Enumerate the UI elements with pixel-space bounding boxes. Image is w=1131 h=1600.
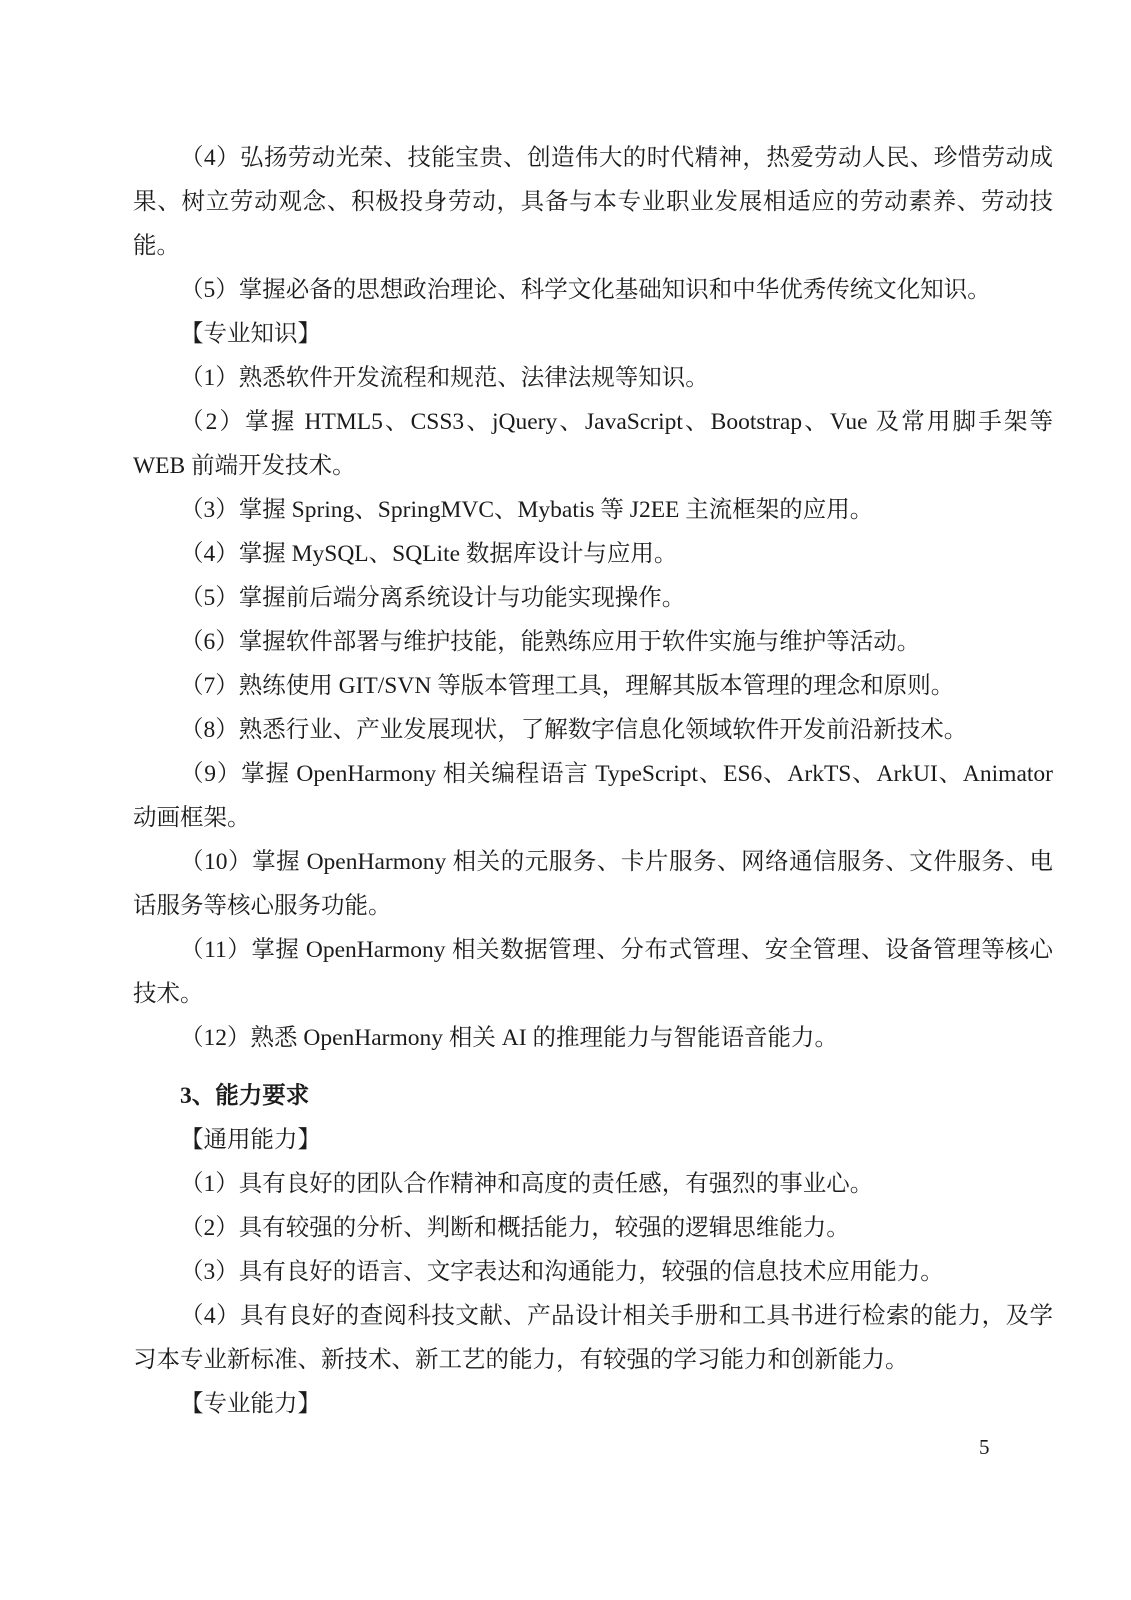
paragraph: （6）掌握软件部署与维护技能，能熟练应用于软件实施与维护等活动。 — [133, 620, 1053, 664]
paragraph: （8）熟悉行业、产业发展现状，了解数字信息化领域软件开发前沿新技术。 — [133, 708, 1053, 752]
paragraph: （2）具有较强的分析、判断和概括能力，较强的逻辑思维能力。 — [133, 1206, 1053, 1250]
paragraph: （1）具有良好的团队合作精神和高度的责任感，有强烈的事业心。 — [133, 1162, 1053, 1206]
paragraph: （1）熟悉软件开发流程和规范、法律法规等知识。 — [133, 356, 1053, 400]
paragraph: 【专业知识】 — [133, 312, 1053, 356]
paragraph: （12）熟悉 OpenHarmony 相关 AI 的推理能力与智能语音能力。 — [133, 1016, 1053, 1060]
paragraph: （9）掌握 OpenHarmony 相关编程语言 TypeScript、ES6、… — [133, 752, 1053, 840]
document-body: （4）弘扬劳动光荣、技能宝贵、创造伟大的时代精神，热爱劳动人民、珍惜劳动成果、树… — [133, 136, 1053, 1426]
paragraph: （10）掌握 OpenHarmony 相关的元服务、卡片服务、网络通信服务、文件… — [133, 840, 1053, 928]
page-number: 5 — [979, 1432, 990, 1462]
paragraph: （11）掌握 OpenHarmony 相关数据管理、分布式管理、安全管理、设备管… — [133, 928, 1053, 1016]
paragraph: （2）掌握 HTML5、CSS3、jQuery、JavaScript、Boots… — [133, 400, 1053, 488]
paragraph: （3）具有良好的语言、文字表达和沟通能力，较强的信息技术应用能力。 — [133, 1250, 1053, 1294]
paragraph: 【专业能力】 — [133, 1382, 1053, 1426]
document-page: （4）弘扬劳动光荣、技能宝贵、创造伟大的时代精神，热爱劳动人民、珍惜劳动成果、树… — [0, 0, 1131, 1600]
paragraph: （3）掌握 Spring、SpringMVC、Mybatis 等 J2EE 主流… — [133, 488, 1053, 532]
paragraph: （5）掌握前后端分离系统设计与功能实现操作。 — [133, 576, 1053, 620]
paragraph: （7）熟练使用 GIT/SVN 等版本管理工具，理解其版本管理的理念和原则。 — [133, 664, 1053, 708]
paragraph: （4）弘扬劳动光荣、技能宝贵、创造伟大的时代精神，热爱劳动人民、珍惜劳动成果、树… — [133, 136, 1053, 268]
section-heading: 3、能力要求 — [133, 1074, 1053, 1118]
paragraph: 【通用能力】 — [133, 1118, 1053, 1162]
paragraph: （5）掌握必备的思想政治理论、科学文化基础知识和中华优秀传统文化知识。 — [133, 268, 1053, 312]
paragraph: （4）具有良好的查阅科技文献、产品设计相关手册和工具书进行检索的能力，及学习本专… — [133, 1294, 1053, 1382]
paragraph: （4）掌握 MySQL、SQLite 数据库设计与应用。 — [133, 532, 1053, 576]
